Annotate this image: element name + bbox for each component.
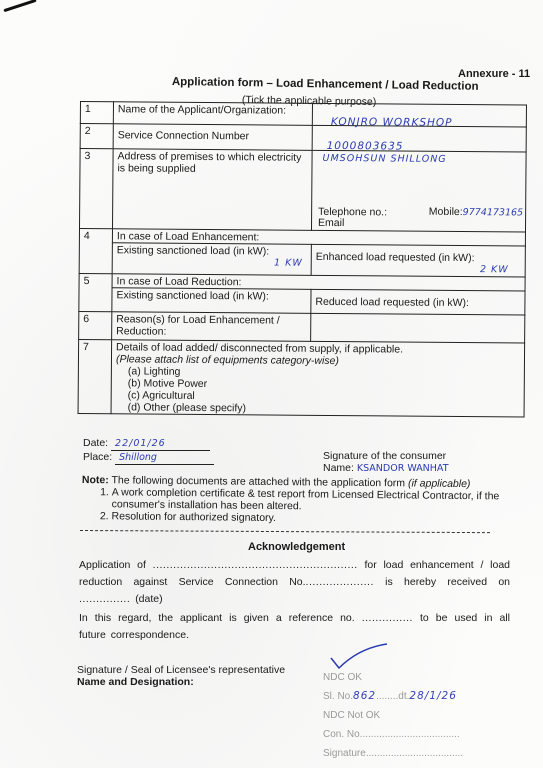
- pen-mark: [3, 0, 36, 12]
- table-row: Existing sanctioned load (in kW): Reduce…: [79, 287, 525, 315]
- ndc-not-ok-label: NDC Not OK: [323, 706, 463, 725]
- row-number: 7: [78, 339, 112, 413]
- con-no-label: Con. No.: [323, 729, 362, 740]
- enhanced-load-label: Enhanced load requested (in kW):: [316, 251, 521, 265]
- con-no-field[interactable]: Con. No.................................…: [323, 725, 463, 744]
- consumer-name-field[interactable]: Name: KSANDOR WANHAT: [323, 462, 449, 475]
- note-block: Note: The following documents are attach…: [81, 474, 521, 527]
- row-number: 2: [80, 124, 113, 149]
- reason-field[interactable]: [311, 313, 525, 343]
- checkmark-icon: [329, 642, 389, 672]
- service-connection-field[interactable]: 1000803635: [312, 125, 526, 152]
- ack-text: Application of: [79, 559, 146, 571]
- dt-value: 28/1/26: [409, 690, 456, 702]
- date-value: 22/01/26: [111, 437, 210, 451]
- stamp-signature-field[interactable]: Signature...............................…: [323, 744, 463, 763]
- existing-load-red-label: Existing sanctioned load (in kW):: [116, 289, 306, 302]
- table-row: Existing sanctioned load (in kW): 1 KW E…: [79, 242, 525, 277]
- row-number: 3: [79, 149, 113, 229]
- address-label: Address of premises to which electricity…: [112, 149, 312, 231]
- office-stamp: NDC OK Sl. No.862........dt.28/1/26 NDC …: [323, 668, 463, 763]
- place-value: Shillong: [115, 451, 214, 465]
- consumer-name-value: KSANDOR WANHAT: [357, 463, 449, 474]
- application-table: 1 Name of the Applicant/Organization: KO…: [78, 101, 527, 418]
- reference-blank[interactable]: ...............: [362, 612, 413, 624]
- category-other: (d) Other (please specify): [116, 401, 520, 416]
- address-field[interactable]: UMSOHSUN SHILLONG Telephone no.: Email M…: [311, 150, 526, 232]
- stamp-signature-label: Signature: [323, 748, 366, 759]
- applicant-blank[interactable]: ........................................…: [153, 559, 358, 571]
- existing-load-enh-field[interactable]: Existing sanctioned load (in kW): 1 KW: [112, 243, 311, 276]
- load-details-field[interactable]: Details of load added/ disconnected from…: [111, 340, 525, 417]
- ack-text: (date): [135, 593, 162, 605]
- licensee-signature-label: Signature / Seal of Licensee's represent…: [77, 664, 285, 676]
- service-no-blank[interactable]: ....................: [306, 576, 374, 588]
- note-lead: Note:: [82, 474, 109, 486]
- mobile-label: Mobile:: [429, 206, 463, 218]
- row-number: 4: [79, 229, 112, 274]
- licensee-name-label: Name and Designation:: [77, 676, 285, 688]
- enhanced-load-field[interactable]: Enhanced load requested (in kW): 2 KW: [311, 244, 525, 277]
- acknowledgement-title: Acknowledgement: [248, 541, 345, 553]
- licensee-block: Signature / Seal of Licensee's represent…: [77, 664, 285, 688]
- consumer-signature-block: Signature of the consumer Name: KSANDOR …: [323, 450, 449, 475]
- reduced-load-field[interactable]: Reduced load requested (in kW):: [311, 289, 525, 315]
- ack-text: In this regard, the applicant is given a…: [79, 612, 355, 624]
- date-label: Date:: [83, 437, 108, 449]
- row-number: 6: [79, 311, 112, 339]
- date-place-block: Date: 22/01/26 Place: Shillong: [83, 437, 214, 465]
- place-label: Place:: [83, 451, 112, 463]
- applicant-name-value: KONJRO WORKSHOP: [331, 116, 453, 129]
- existing-load-red-field[interactable]: Existing sanctioned load (in kW):: [112, 288, 311, 314]
- consumer-name-label: Name:: [323, 462, 354, 474]
- row-number: 5: [79, 273, 112, 311]
- table-row: 6 Reason(s) for Load Enhancement / Reduc…: [79, 311, 525, 343]
- consumer-signature-label: Signature of the consumer: [323, 450, 449, 462]
- ack-text: is hereby received on: [385, 576, 510, 588]
- table-row: 2 Service Connection Number 1000803635: [80, 124, 526, 153]
- con-no-blank: ...................................: [362, 729, 459, 740]
- applicant-name-label: Name of the Applicant/Organization:: [113, 102, 312, 126]
- reduced-load-label: Reduced load requested (in kW):: [315, 296, 520, 310]
- date-blank[interactable]: ...............: [79, 593, 130, 605]
- row-number: 1: [80, 102, 113, 124]
- address-value: UMSOHSUN SHILLONG: [323, 153, 522, 167]
- sl-no-value: 862: [353, 690, 376, 702]
- table-row: 3 Address of premises to which electrici…: [79, 149, 526, 233]
- mobile-field[interactable]: Mobile:9774173165: [429, 206, 523, 220]
- reason-label: Reason(s) for Load Enhancement / Reducti…: [112, 312, 311, 342]
- date-field[interactable]: Date: 22/01/26: [83, 437, 214, 451]
- acknowledgement-body: Application of .........................…: [79, 557, 510, 644]
- mobile-value: 9774173165: [463, 207, 524, 218]
- table-row: 7 Details of load added/ disconnected fr…: [78, 339, 525, 417]
- email-label: Email: [318, 218, 387, 230]
- note-qualifier: (if applicable): [408, 477, 471, 490]
- form-title: Application form – Load Enhancement / Lo…: [172, 76, 479, 93]
- service-connection-label: Service Connection Number: [113, 124, 312, 151]
- sl-no-field[interactable]: Sl. No.862........dt.28/1/26: [323, 687, 463, 706]
- stamp-signature-blank: ...................................: [366, 748, 463, 759]
- separator-line: [80, 530, 490, 533]
- enhanced-load-value: 2 KW: [316, 263, 521, 277]
- applicant-name-field[interactable]: KONJRO WORKSHOP: [312, 103, 526, 127]
- annexure-label: Annexure - 11: [458, 68, 530, 80]
- place-field[interactable]: Place: Shillong: [83, 451, 214, 465]
- sl-no-label: Sl. No.: [323, 691, 353, 702]
- scanned-page: Annexure - 11 Application form – Load En…: [0, 0, 543, 768]
- existing-load-enh-label: Existing sanctioned load (in kW):: [117, 244, 307, 257]
- dt-label: dt.: [398, 691, 409, 702]
- existing-load-enh-value: 1 KW: [117, 256, 307, 269]
